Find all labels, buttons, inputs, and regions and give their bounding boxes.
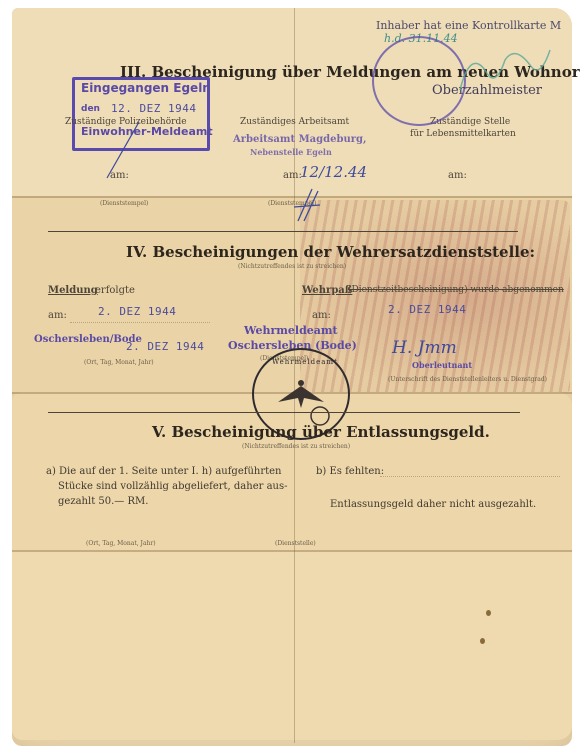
spot-mark (486, 610, 491, 616)
wehrpass-am: am: (312, 310, 331, 321)
eagle-emblem-icon (268, 368, 334, 428)
section4-subtitle: (Nichtzutreffendes ist zu streichen) (238, 263, 346, 270)
wehrmeldeamt-stamp-line1: Wehrmeldeamt (244, 324, 338, 337)
horizontal-fold-3 (12, 550, 572, 552)
section5-top-rule (48, 412, 520, 413)
blue-initials-icon (290, 185, 330, 225)
wehrpass-date: 2. DEZ 1944 (388, 303, 466, 316)
signature-caption: (Unterschrift des Dienststellenleiters u… (388, 376, 547, 383)
section5-caption-mid: (Dienststelle) (275, 540, 316, 547)
section5-caption-left: (Ort, Tag, Monat, Jahr) (86, 540, 156, 547)
arbeitsamt-stamp-line1: Arbeitsamt Magdeburg, (233, 134, 367, 145)
green-signature-icon (440, 40, 560, 100)
section5-subtitle: (Nichtzutreffendes ist zu streichen) (242, 443, 350, 450)
egeln-stamp-den: den (81, 104, 100, 114)
lebensmittelkarten-label-2: für Lebensmittelkarten (410, 129, 516, 139)
arbeitsamt-handwritten-date: 12/12.44 (300, 163, 367, 181)
section5-b-result: Entlassungsgeld daher nicht ausgezahlt. (330, 497, 536, 512)
panel-blank-bottom (12, 550, 572, 740)
officer-rank: Oberleutnant (412, 360, 472, 370)
egeln-stamp-date: 12. DEZ 1944 (111, 102, 196, 115)
section4-top-rule (48, 231, 518, 232)
arbeitsamt-stamp-line2: Nebenstelle Egeln (250, 147, 332, 157)
section5-a-line1: a) Die auf der 1. Seite unter I. h) aufg… (46, 464, 281, 479)
meldung-am: am: (48, 310, 67, 321)
place-caption: (Ort, Tag, Monat, Jahr) (84, 359, 154, 366)
section5-b-line (380, 476, 560, 477)
meldung-label: Meldung (48, 285, 98, 296)
section3-am-2: am: (283, 170, 302, 181)
round-stamp-text: Wehrmeldeamt (272, 358, 338, 366)
section5-a-line2: Stücke sind vollzählig abgeliefert, dahe… (58, 479, 288, 494)
arbeitsamt-label: Zuständiges Arbeitsamt (240, 117, 349, 127)
place-date: 2. DEZ 1944 (126, 340, 204, 353)
spot-mark (480, 638, 485, 644)
section5-a-line3: gezahlt 50.— RM. (58, 494, 148, 509)
section4-title: IV. Bescheinigungen der Wehrersatzdienst… (126, 243, 535, 261)
egeln-stamp-line1: Eingegangen Egeln (81, 81, 211, 95)
officer-signature: H. Jmm (392, 338, 457, 358)
section3-caption-1: (Dienststempel) (100, 200, 148, 207)
meldung-date: 2. DEZ 1944 (98, 305, 176, 318)
meldung-rest: erfolgte (95, 285, 135, 296)
section5-title: V. Bescheinigung über Entlassungsgeld. (152, 423, 490, 441)
blue-pen-stroke-icon (105, 120, 145, 180)
wehrpass-rest: (Dienstzeitbescheinigung) wurde abgenomm… (348, 285, 564, 295)
section3-am-3: am: (448, 170, 467, 181)
section5-b-label: b) Es fehlten: (316, 464, 384, 479)
wehrpass-label: Wehrpaß (302, 285, 352, 296)
kontrollkarte-note: Inhaber hat eine Kontrollkarte M (376, 19, 561, 32)
meldung-date-line (70, 322, 210, 323)
